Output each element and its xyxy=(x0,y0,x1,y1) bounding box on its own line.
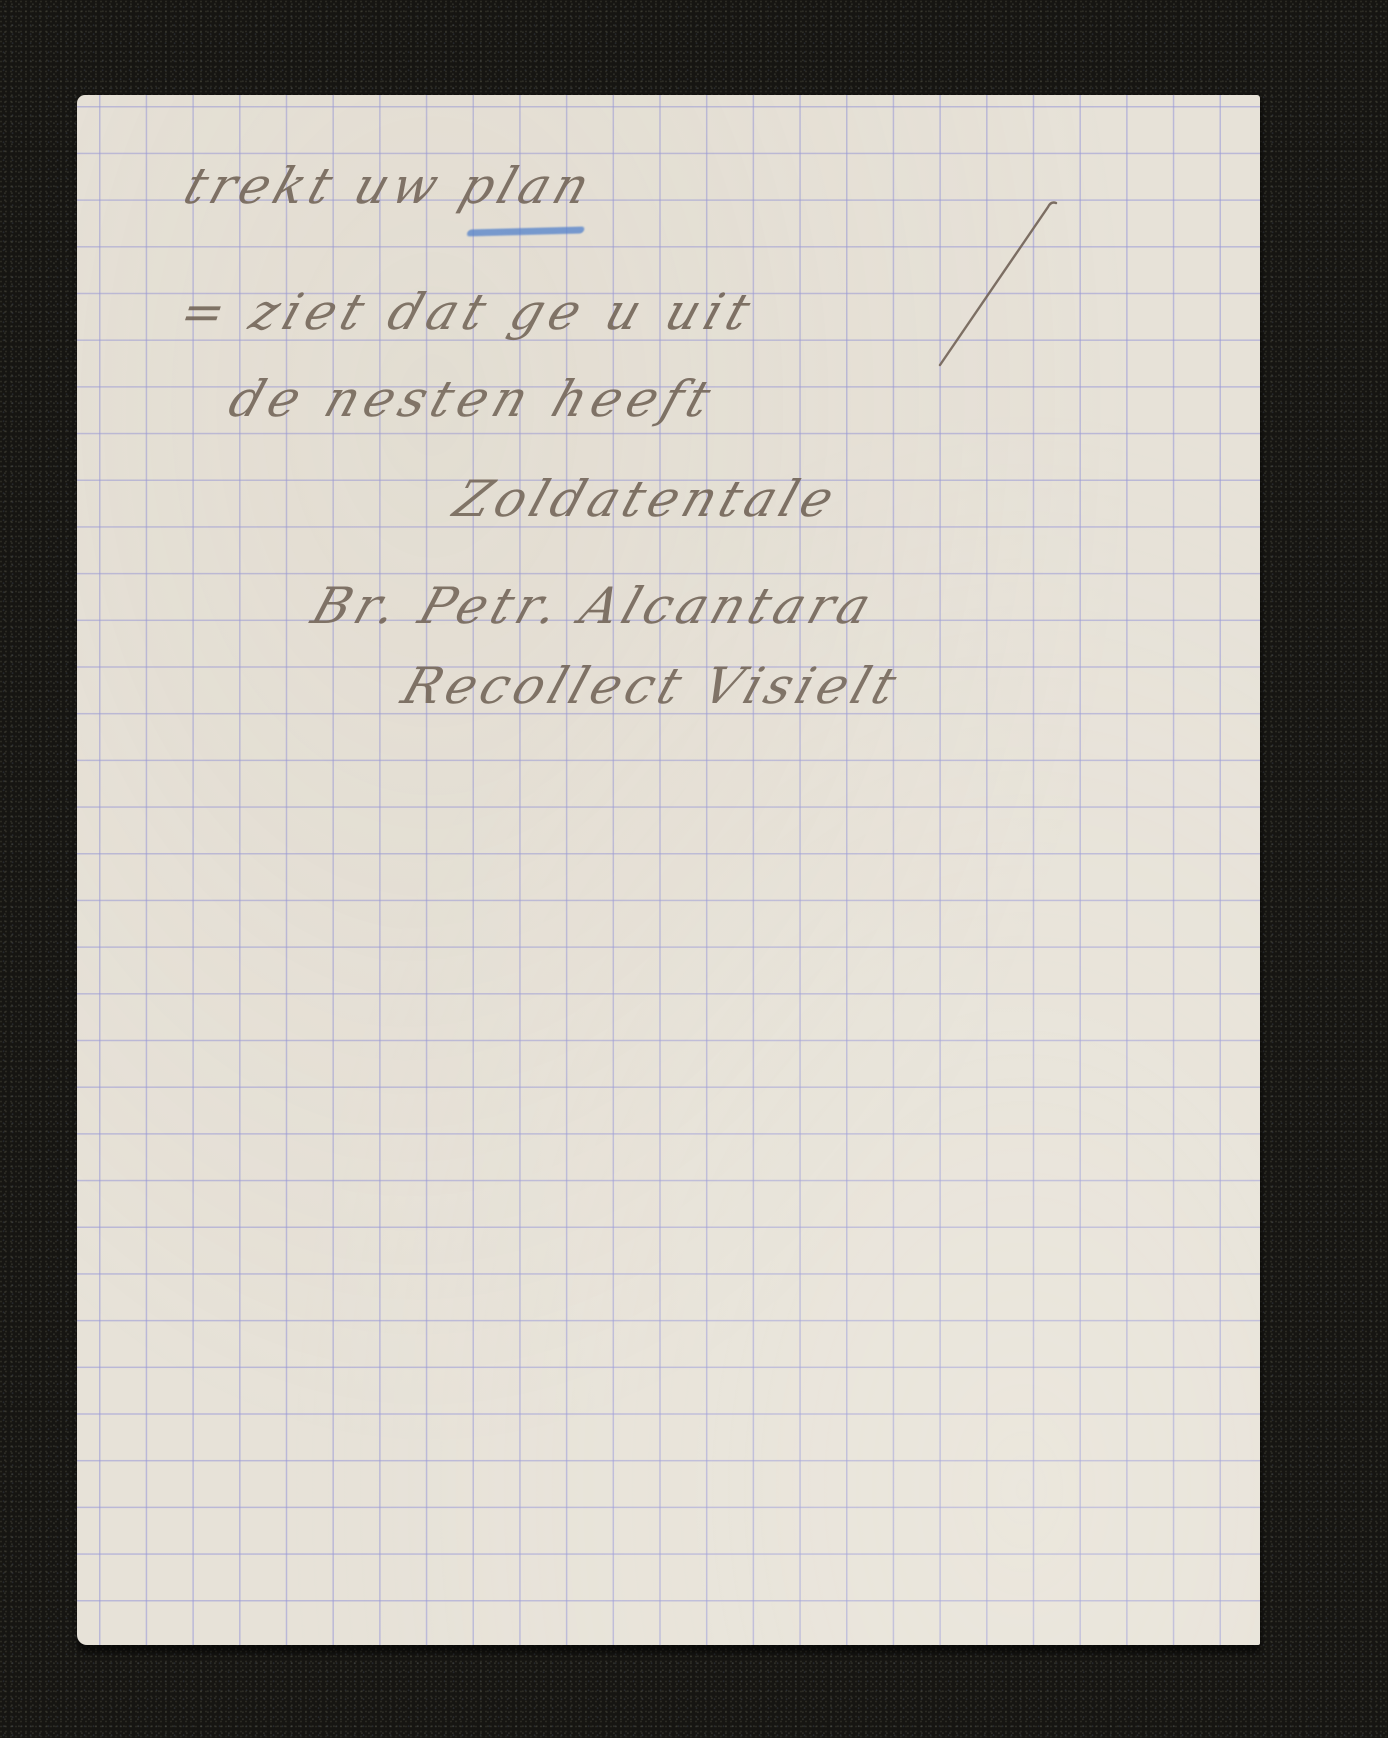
handwritten-line-3: de nesten heeft xyxy=(222,370,724,428)
line-1-text: trekt uw xyxy=(177,157,472,215)
underlined-word-text: plan xyxy=(453,157,602,215)
handwritten-line-1: trekt uw plan xyxy=(177,157,602,215)
handwritten-signature-title: Recollect Visielt xyxy=(395,657,908,715)
handwritten-line-4: Zoldatentale xyxy=(447,470,846,528)
handwritten-line-2: = ziet dat ge u uit xyxy=(173,283,763,341)
blue-pencil-underline xyxy=(466,226,585,236)
handwritten-signature-name: Br. Petr. Alcantara xyxy=(305,577,883,635)
margin-diagonal-stroke xyxy=(930,195,1060,370)
grid-paper-sheet: trekt uw plan = ziet dat ge u uit de nes… xyxy=(77,95,1260,1645)
underlined-word: plan xyxy=(453,157,602,215)
